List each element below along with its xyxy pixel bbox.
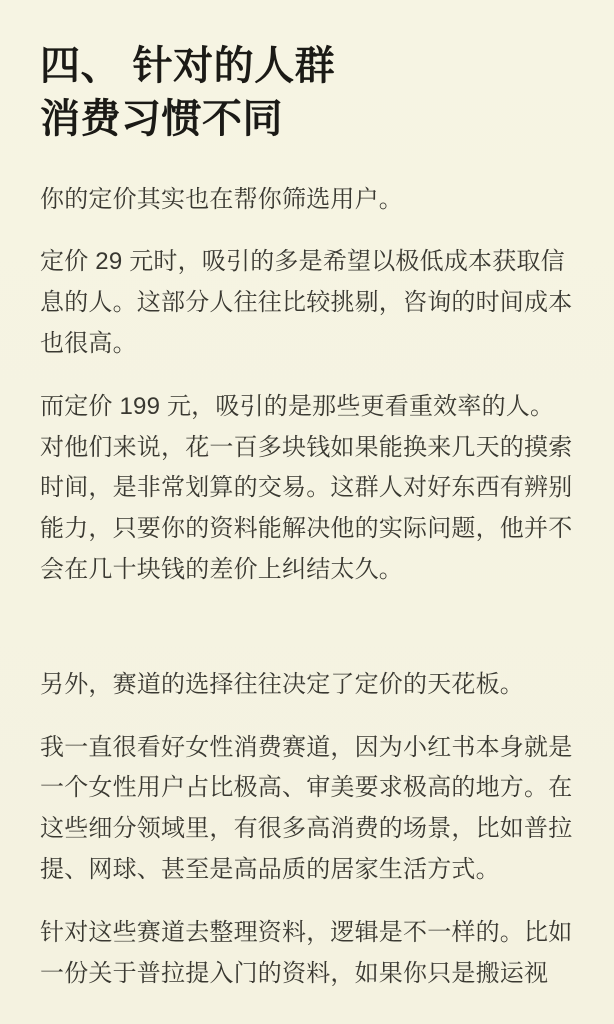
paragraph-track-ceiling: 另外，赛道的选择往往决定了定价的天花板。 — [40, 665, 574, 706]
note-page: 四、 针对的人群 消费习惯不同 你的定价其实也在帮你筛选用户。 定价 29 元时… — [0, 0, 614, 1024]
paragraph-female-consumption: 我一直很看好女性消费赛道，因为小红书本身就是一个女性用户占比极高、审美要求极高的… — [40, 728, 574, 891]
page-title: 四、 针对的人群 消费习惯不同 — [40, 40, 574, 146]
paragraph-track-materials: 针对这些赛道去整理资料，逻辑是不一样的。比如一份关于普拉提入门的资料，如果你只是… — [40, 913, 574, 995]
page-title-line-2: 消费习惯不同 — [40, 93, 574, 146]
page-title-line-1: 四、 针对的人群 — [40, 40, 574, 93]
paragraph-price-199: 而定价 199 元，吸引的是那些更看重效率的人。对他们来说，花一百多块钱如果能换… — [40, 387, 574, 591]
paragraph-price-29: 定价 29 元时，吸引的多是希望以极低成本获取信息的人。这部分人往往比较挑剔，咨… — [40, 242, 574, 364]
article-body: 你的定价其实也在帮你筛选用户。 定价 29 元时，吸引的多是希望以极低成本获取信… — [40, 180, 574, 995]
paragraph-pricing-filter: 你的定价其实也在帮你筛选用户。 — [40, 180, 574, 221]
